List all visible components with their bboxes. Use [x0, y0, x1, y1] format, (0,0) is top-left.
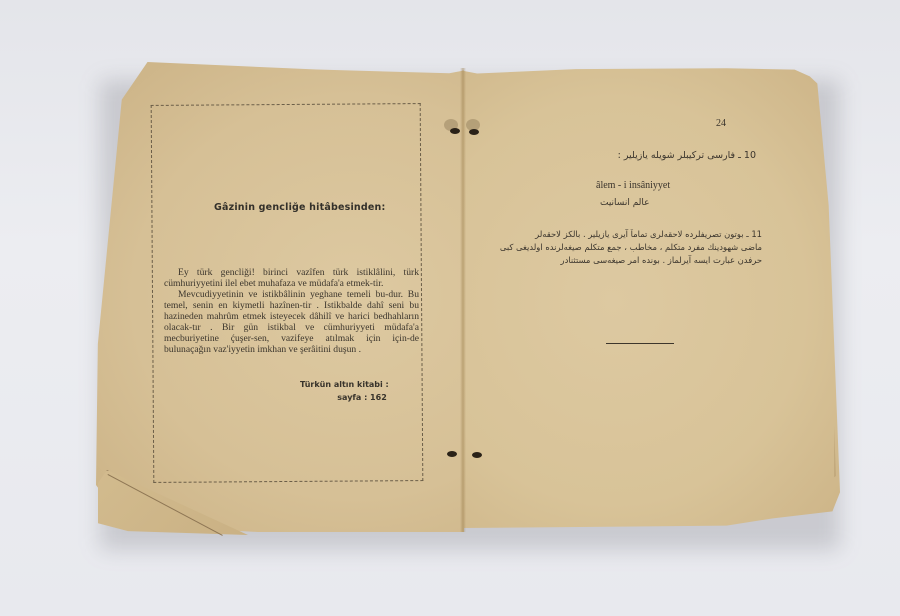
arabic-phrase: عالم انسانيت: [600, 198, 650, 208]
item-11-line: 11 ـ بوتون تصريفلرده لاحقه‌لرى تماماً آي…: [500, 229, 762, 239]
source-citation: Türkün altın kitabi : sayfa : 162: [300, 378, 389, 404]
section-divider-rule: [606, 343, 674, 344]
staple-hole: [447, 451, 457, 457]
staple-hole: [450, 128, 460, 134]
address-text: Ey türk gencliği! birinci vazîfen türk i…: [164, 267, 419, 355]
item-11-line: ماضى شهودينك مفرد متكلم ، مخاطب ، جمع مت…: [500, 242, 762, 252]
source-title: Türkün altın kitabi :: [300, 378, 389, 391]
page-heading: Gâzinin gencliğe hitâbesinden:: [214, 202, 385, 213]
binding-gutter: [460, 68, 466, 532]
item-11-line: حرفدن عبارت ايسه آيرلماز . بونده امر صيغ…: [560, 255, 762, 265]
staple-hole: [472, 452, 482, 458]
latin-phrase: âlem - i insâniyyet: [596, 180, 670, 191]
paragraph: Ey türk gencliği! birinci vazîfen türk i…: [164, 267, 419, 289]
source-page: sayfa : 162: [300, 391, 389, 404]
staple-hole: [469, 129, 479, 135]
item-10-text: 10 ـ فارسى تركيبلر شويله يازيلير :: [566, 150, 756, 161]
paragraph: Mevcudiyyetinin ve istikbâlinin yeghane …: [164, 289, 419, 355]
page-number: 24: [716, 118, 726, 129]
